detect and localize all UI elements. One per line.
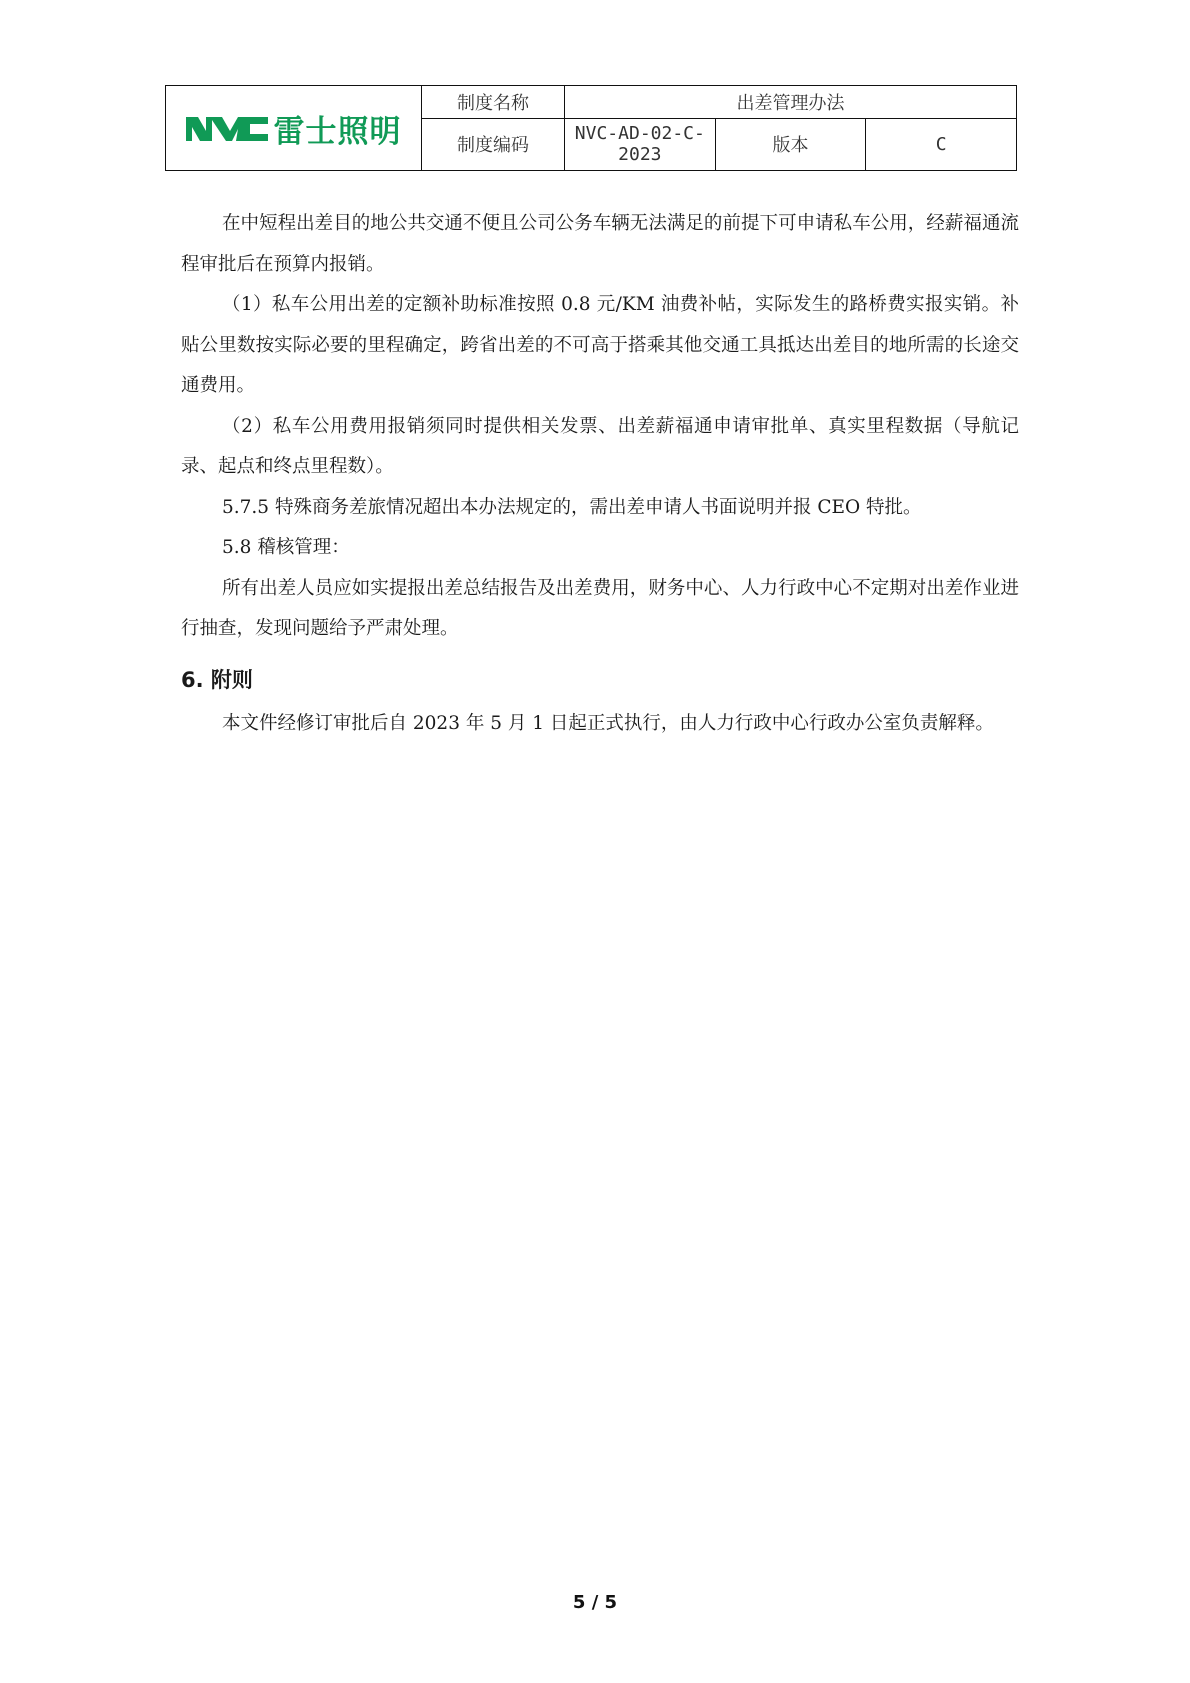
logo-cell: 雷士照明 (166, 86, 422, 171)
paragraph: 5.8 稽核管理： (181, 528, 1019, 569)
paragraph: 本文件经修订审批后自 2023 年 5 月 1 日起正式执行，由人力行政中心行政… (181, 704, 1019, 745)
nvc-logo-icon (186, 113, 268, 143)
logo-text: 雷士照明 (274, 106, 402, 151)
paragraph: （2）私车公用费用报销须同时提供相关发票、出差薪福通申请审批单、真实里程数据（导… (181, 407, 1019, 488)
policy-name-label: 制度名称 (422, 86, 565, 119)
policy-code-value: NVC-AD-02-C-2023 (565, 118, 716, 170)
document-header-table: 雷士照明 制度名称 出差管理办法 制度编码 NVC-AD-02-C-2023 版… (165, 85, 1017, 171)
company-logo: 雷士照明 (166, 106, 421, 151)
version-value: C (866, 118, 1017, 170)
document-body: 在中短程出差目的地公共交通不便且公司公务车辆无法满足的前提下可申请私车公用，经薪… (181, 204, 1019, 744)
version-label: 版本 (715, 118, 866, 170)
policy-name-value: 出差管理办法 (565, 86, 1017, 119)
page-number: 5 / 5 (0, 1592, 1190, 1613)
paragraph: 所有出差人员应如实提报出差总结报告及出差费用，财务中心、人力行政中心不定期对出差… (181, 569, 1019, 650)
policy-code-label: 制度编码 (422, 118, 565, 170)
paragraph: 在中短程出差目的地公共交通不便且公司公务车辆无法满足的前提下可申请私车公用，经薪… (181, 204, 1019, 285)
paragraph: （1）私车公用出差的定额补助标准按照 0.8 元/KM 油费补帖，实际发生的路桥… (181, 285, 1019, 407)
section-heading: 6. 附则 (181, 658, 1019, 702)
paragraph: 5.7.5 特殊商务差旅情况超出本办法规定的，需出差申请人书面说明并报 CEO … (181, 488, 1019, 529)
